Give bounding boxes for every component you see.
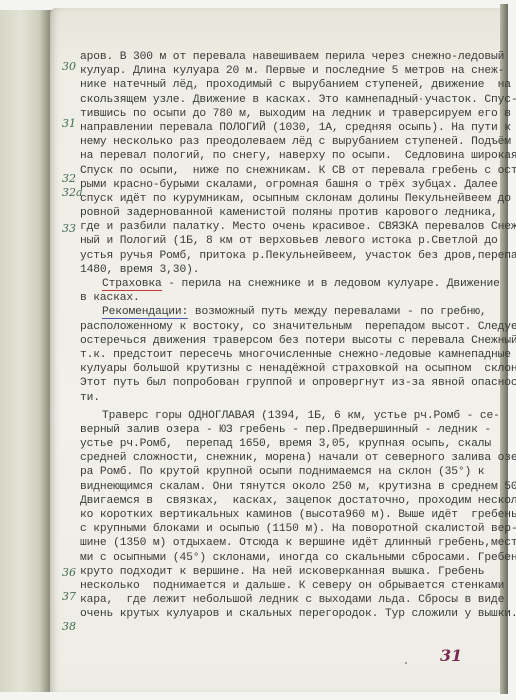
paragraph-recommendations: Рекомендации: возможный путь между перев… [80, 305, 500, 319]
text-line: очень крутых кулуаров и скальных перегор… [80, 607, 500, 621]
text-line: на перевал пологий, по снегу, наверху по… [80, 149, 500, 163]
scanned-page: 30 31 32 32a 33 36 37 38 аров. В 300 м о… [0, 0, 516, 700]
text-line: направлении перевала ПОЛОГИЙ (1030, 1А, … [80, 121, 500, 135]
text-line: скользящем узле. Движение в касках. Это … [80, 93, 500, 107]
text-line: спуск идёт по курумникам, осыпным склона… [80, 192, 500, 206]
margin-note: 37 [62, 590, 76, 603]
text-line: Спуск по осыпи, ниже по снежникам. К СВ … [80, 164, 500, 178]
text-line: где и разбили палатку. Место очень краси… [80, 220, 500, 234]
margin-note: 33 [62, 222, 76, 235]
text-line: круто подходит к вершине. На ней исковер… [80, 565, 500, 579]
page-number: 31 [440, 646, 462, 665]
text-line: аров. В 300 м от перевала навешиваем пер… [80, 50, 500, 64]
text-line: с крупными блоками и осыпью (1150 м). На… [80, 522, 500, 536]
text-line: ти. [80, 391, 500, 405]
insurance-line: в касках. [80, 291, 500, 305]
text-line: верный залив озера - ЮЗ гребень - пер.Пр… [80, 423, 500, 437]
insurance-label: Страховка [102, 278, 162, 291]
text-line: ко коротких вертикальных каминов (высота… [80, 508, 500, 522]
margin-note: 36 [62, 566, 76, 579]
text-line: ра Ромб. По крутой крупной осыпи поднима… [80, 465, 500, 479]
text-line: 1480, время 3,30). [80, 263, 500, 277]
text-line: рыми красно-бурыми скалами, огромная баш… [80, 178, 500, 192]
text-line: нике натечный лёд, проходимый с вырубани… [80, 78, 500, 92]
book-binding [0, 10, 52, 692]
text-line: тившись по осыпи до 780 м, выходим на ле… [80, 107, 500, 121]
text-line: виднеющимся скалам. Они тянутся около 25… [80, 480, 500, 494]
margin-note: 30 [62, 60, 76, 73]
text-line: шине (1350 м) отдыхаем. Отсюда к вершине… [80, 536, 500, 550]
text-line: кулуары большой крутизны с ненадёжной ст… [80, 362, 500, 376]
text-line: ми с осыпными (45°) склонами, иногда со … [80, 551, 500, 565]
text-line: кулуар. Длина кулуара 20 м. Первые и пос… [80, 64, 500, 78]
text-line: несколько поднимается и дальше. К северу… [80, 579, 500, 593]
text-line: средней сложности, снежник, морена) нача… [80, 451, 500, 465]
text-line: Этот путь был попробован группой и опров… [80, 376, 500, 390]
text-line: устье рч.Ромб, перепад 1650, время 3,05,… [80, 437, 500, 451]
margin-note: 31 [62, 117, 76, 130]
paragraph-traverse: Траверс горы ОДНОГЛАВАЯ (1394, 1Б, 6 км,… [80, 409, 500, 423]
text-line: т.к. предстоит пересечь многочисленные с… [80, 348, 500, 362]
margin-note: 32 [62, 172, 76, 185]
margin-note: 38 [62, 620, 76, 633]
text-line: расположенному к востоку, со значительны… [80, 320, 500, 334]
paragraph-route: аров. В 300 м от перевала навешиваем пер… [80, 50, 500, 277]
text-line: ный и Пологий (1Б, 8 км от верховьев лев… [80, 234, 500, 248]
paragraph-insurance: Страховка - перила на снежнике и в ледов… [80, 277, 500, 291]
text-line: Двигаемся в связках, касках, зацепок дос… [80, 494, 500, 508]
text-line: остеречься движения траверсом без потери… [80, 334, 500, 348]
recommendations-lines: расположенному к востоку, со значительны… [80, 320, 500, 405]
traverse-lines: верный залив озера - ЮЗ гребень - пер.Пр… [80, 423, 500, 622]
text-line: устья ручья Ромб, притока р.Пекульнейвее… [80, 249, 500, 263]
text-line: кара, где лежит небольшой ледник с выход… [80, 593, 500, 607]
text-line: нему несколько раз преодолеваем лёд с вы… [80, 135, 500, 149]
text-line: ровной задернованной каменистой поляны п… [80, 206, 500, 220]
recommendations-label: Рекомендации: [102, 306, 188, 319]
typewritten-body: аров. В 300 м от перевала навешиваем пер… [80, 50, 500, 622]
